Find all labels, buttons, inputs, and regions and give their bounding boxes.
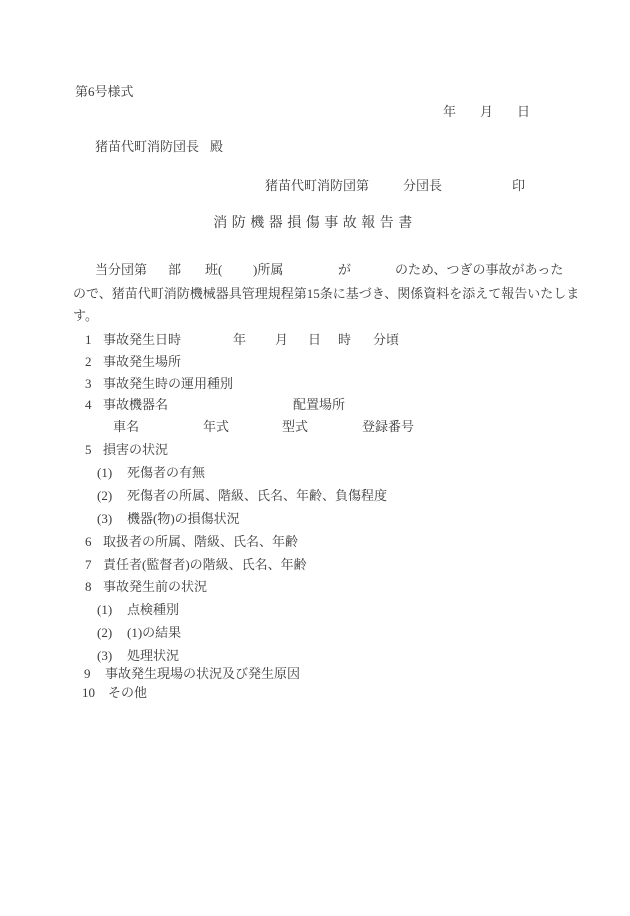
item-8-number: 8 bbox=[85, 578, 92, 595]
item-8-sub-3-line: (3) 処理状況 bbox=[0, 647, 630, 664]
report-title: 消防機器損傷事故報告書 bbox=[0, 215, 630, 233]
opening-part-label: 部 bbox=[168, 261, 181, 278]
item-8-sub-3-label: 処理状況 bbox=[127, 647, 179, 664]
vehicle-line: 車名 年式 型式 登録番号 bbox=[0, 418, 630, 435]
addressee-honorific: 殿 bbox=[210, 138, 223, 155]
item-5-sub-3-line: (3) 機器(物)の損傷状況 bbox=[0, 510, 630, 527]
item-6-label: 取扱者の所属、階級、氏名、年齢 bbox=[103, 533, 298, 550]
item-1-hour-label: 時 bbox=[338, 331, 351, 348]
item-3-label: 事故発生時の運用種別 bbox=[103, 375, 233, 392]
item-7-label: 責任者(監督者)の階級、氏名、年齢 bbox=[103, 556, 307, 573]
item-6-line: 6 取扱者の所属、階級、氏名、年齢 bbox=[0, 533, 630, 550]
item-8-line: 8 事故発生前の状況 bbox=[0, 578, 630, 595]
sender-line: 猪苗代町消防団第 分団長 印 bbox=[0, 177, 630, 194]
item-5-sub-2-number: (2) bbox=[97, 487, 112, 504]
addressee-line: 猪苗代町消防団長 殿 bbox=[0, 138, 630, 155]
date-year-label: 年 bbox=[443, 103, 456, 120]
report-form-page: 第6号様式 年 月 日 猪苗代町消防団長 殿 猪苗代町消防団第 分団長 印 消防… bbox=[0, 0, 630, 916]
item-5-sub-2-label: 死傷者の所属、階級、氏名、年齢、負傷程度 bbox=[127, 487, 387, 504]
item-5-number: 5 bbox=[85, 441, 92, 458]
item-2-label: 事故発生場所 bbox=[103, 353, 181, 370]
item-1-month-label: 月 bbox=[275, 331, 288, 348]
opening-line-3: す。 bbox=[0, 307, 630, 324]
item-4-label: 事故機器名 bbox=[103, 396, 168, 413]
item-8-sub-3-number: (3) bbox=[97, 647, 112, 664]
item-9-label: 事故発生現場の状況及び発生原因 bbox=[105, 665, 300, 682]
date-day-label: 日 bbox=[517, 103, 530, 120]
form-number-label: 第6号様式 bbox=[75, 83, 134, 100]
item-5-label: 損害の状況 bbox=[103, 441, 168, 458]
opening-division-text: 当分団第 bbox=[95, 261, 147, 278]
opening-tail-text: のため、つぎの事故があった bbox=[395, 261, 563, 278]
item-4-placement-label: 配置場所 bbox=[293, 396, 345, 413]
opening-squad-label: 班( bbox=[205, 261, 222, 278]
item-4-line: 4 事故機器名 配置場所 bbox=[0, 396, 630, 413]
item-8-sub-2-label: (1)の結果 bbox=[127, 624, 181, 641]
opening-line-3-text: す。 bbox=[73, 307, 98, 324]
item-9-line: 9 事故発生現場の状況及び発生原因 bbox=[0, 665, 630, 682]
item-9-number: 9 bbox=[84, 665, 91, 682]
item-3-line: 3 事故発生時の運用種別 bbox=[0, 375, 630, 392]
item-7-number: 7 bbox=[85, 556, 92, 573]
date-line: 年 月 日 bbox=[0, 103, 630, 120]
opening-line-2-text: ので、猪苗代町消防機械器具管理規程第15条に基づき、関係資料を添えて報告いたしま bbox=[73, 285, 579, 302]
item-5-sub-3-label: 機器(物)の損傷状況 bbox=[127, 510, 240, 527]
item-1-number: 1 bbox=[85, 331, 92, 348]
sender-org: 猪苗代町消防団第 bbox=[265, 177, 369, 194]
item-5-sub-3-number: (3) bbox=[97, 510, 112, 527]
vehicle-model-label: 型式 bbox=[282, 418, 308, 435]
item-6-number: 6 bbox=[85, 533, 92, 550]
item-5-sub-1-line: (1) 死傷者の有無 bbox=[0, 464, 630, 481]
item-1-line: 1 事故発生日時 年 月 日 時 分頃 bbox=[0, 331, 630, 348]
opening-particle-text: が bbox=[338, 261, 351, 278]
item-5-sub-1-number: (1) bbox=[97, 464, 112, 481]
item-10-line: 10 その他 bbox=[0, 684, 630, 701]
item-8-label: 事故発生前の状況 bbox=[103, 578, 207, 595]
item-2-line: 2 事故発生場所 bbox=[0, 353, 630, 370]
vehicle-registration-label: 登録番号 bbox=[362, 418, 414, 435]
item-8-sub-2-line: (2) (1)の結果 bbox=[0, 624, 630, 641]
form-number-line: 第6号様式 bbox=[0, 83, 630, 100]
item-10-number: 10 bbox=[82, 684, 95, 701]
sender-post: 分団長 bbox=[403, 177, 442, 194]
item-10-label: その他 bbox=[108, 684, 147, 701]
opening-line-2: ので、猪苗代町消防機械器具管理規程第15条に基づき、関係資料を添えて報告いたしま bbox=[0, 285, 630, 302]
item-3-number: 3 bbox=[85, 375, 92, 392]
item-5-sub-1-label: 死傷者の有無 bbox=[127, 464, 205, 481]
item-1-minute-label: 分頃 bbox=[373, 331, 399, 348]
item-8-sub-1-label: 点検種別 bbox=[127, 601, 179, 618]
opening-affiliation-label: )所属 bbox=[253, 261, 283, 278]
item-1-year-label: 年 bbox=[233, 331, 246, 348]
item-8-sub-1-number: (1) bbox=[97, 601, 112, 618]
item-5-sub-2-line: (2) 死傷者の所属、階級、氏名、年齢、負傷程度 bbox=[0, 487, 630, 504]
vehicle-model-year-label: 年式 bbox=[203, 418, 229, 435]
item-8-sub-1-line: (1) 点検種別 bbox=[0, 601, 630, 618]
item-7-line: 7 責任者(監督者)の階級、氏名、年齢 bbox=[0, 556, 630, 573]
addressee-name: 猪苗代町消防団長 bbox=[95, 138, 199, 155]
item-8-sub-2-number: (2) bbox=[97, 624, 112, 641]
item-5-line: 5 損害の状況 bbox=[0, 441, 630, 458]
seal-mark: 印 bbox=[512, 177, 525, 194]
opening-line-1: 当分団第 部 班( )所属 が のため、つぎの事故があった bbox=[0, 261, 630, 278]
vehicle-name-label: 車名 bbox=[113, 418, 139, 435]
item-1-label: 事故発生日時 bbox=[103, 331, 181, 348]
date-month-label: 月 bbox=[480, 103, 493, 120]
item-2-number: 2 bbox=[85, 353, 92, 370]
item-1-day-label: 日 bbox=[308, 331, 321, 348]
item-4-number: 4 bbox=[85, 396, 92, 413]
